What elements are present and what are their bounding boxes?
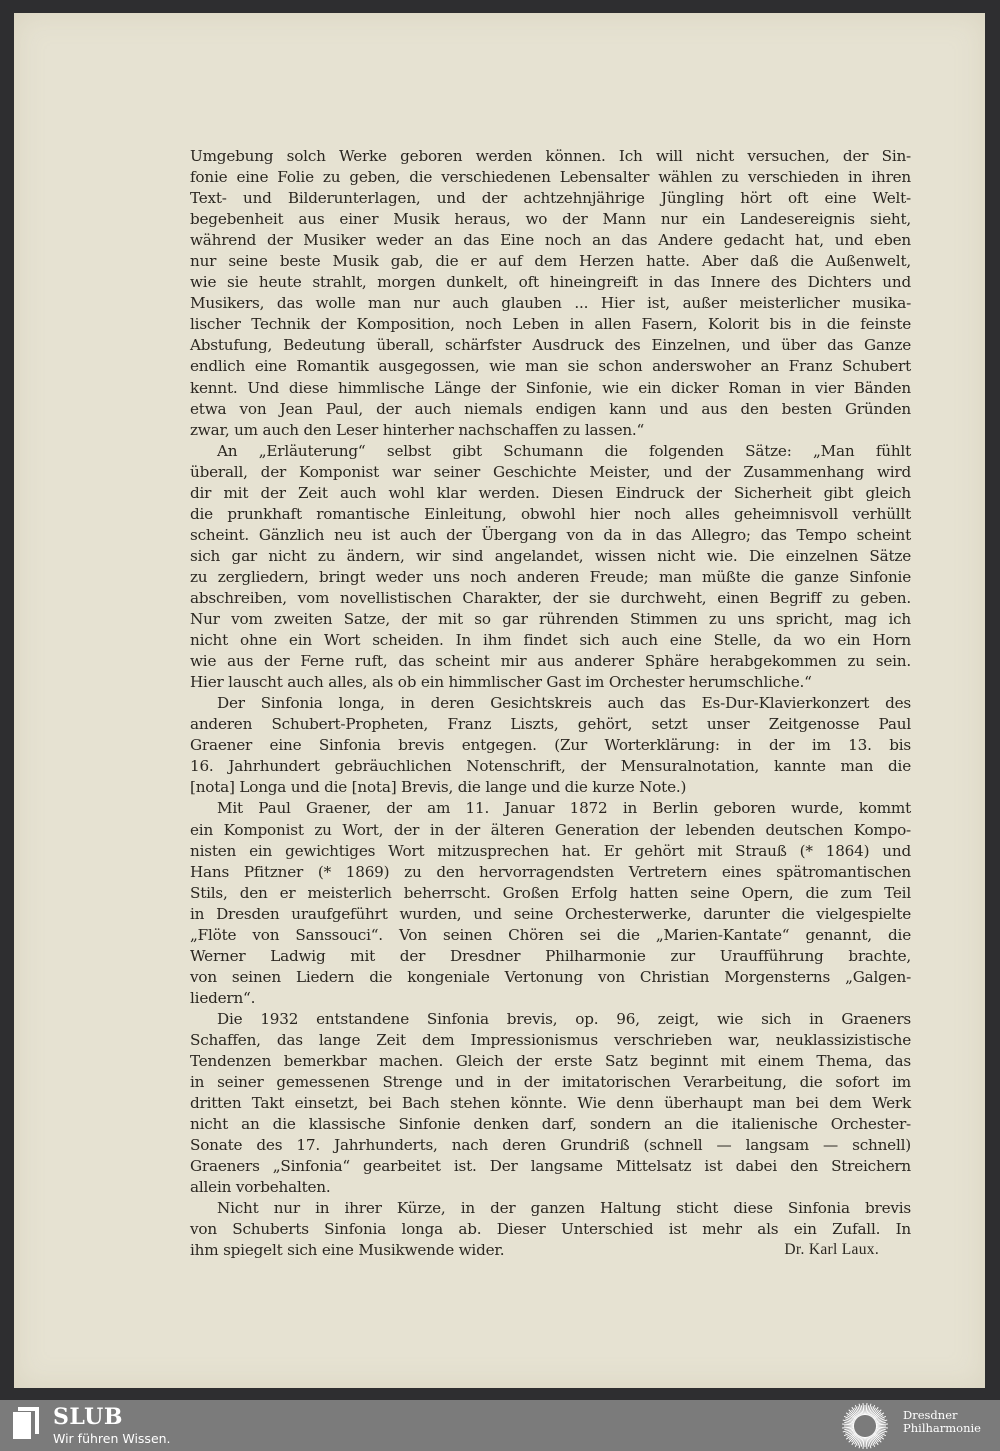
text-line: Text- und Bilderunterlagen, und der acht… <box>190 188 911 209</box>
text-line: scheint. Gänzlich neu ist auch der Überg… <box>190 525 911 546</box>
text-line: Hier lauscht auch alles, als ob ein himm… <box>190 672 911 693</box>
text-line: Graener eine Sinfonia brevis entgegen. (… <box>190 735 911 756</box>
text-line: fonie eine Folie zu geben, die verschied… <box>190 167 911 188</box>
text-line: Stils, den er meisterlich beherrscht. Gr… <box>190 883 911 904</box>
text-line: Tendenzen bemerkbar machen. Gleich der e… <box>190 1051 911 1072</box>
text-line: Die 1932 entstandene Sinfonia brevis, op… <box>190 1009 911 1030</box>
dresdner-philharmonie-brand: Dresdner Philharmonie <box>903 1409 981 1435</box>
text-line: Musikers, das wolle man nur auch glauben… <box>190 293 911 314</box>
text-line: zwar, um auch den Leser hinterher nachsc… <box>190 420 911 441</box>
text-line: Nicht nur in ihrer Kürze, in der ganzen … <box>190 1198 911 1219</box>
text-line: nicht ohne ein Wort scheiden. In ihm fin… <box>190 630 911 651</box>
slub-brand: SLUB <box>53 1404 123 1430</box>
text-line: Umgebung solch Werke geboren werden könn… <box>190 146 911 167</box>
text-line: von seinen Liedern die kongeniale Verton… <box>190 967 911 988</box>
author-signature: Dr. Karl Laux. <box>784 1241 879 1259</box>
text-line: Abstufung, Bedeutung überall, schärfster… <box>190 335 911 356</box>
text-line: sich gar nicht zu ändern, wir sind angel… <box>190 546 911 567</box>
slub-book-icon <box>13 1407 41 1439</box>
text-line: dir mit der Zeit auch wohl klar werden. … <box>190 483 911 504</box>
text-line: Schaffen, das lange Zeit dem Impressioni… <box>190 1030 911 1051</box>
text-line: endlich eine Romantik ausgegossen, wie m… <box>190 356 911 377</box>
text-line: 16. Jahrhundert gebräuchlichen Notenschr… <box>190 756 911 777</box>
text-line: allein vorbehalten. <box>190 1177 911 1198</box>
text-line: wie sie heute strahlt, morgen dunkelt, o… <box>190 272 911 293</box>
text-line: kennt. Und diese himmlische Länge der Si… <box>190 378 911 399</box>
text-line: etwa von Jean Paul, der auch niemals end… <box>190 399 911 420</box>
scanned-page: Umgebung solch Werke geboren werden könn… <box>14 13 985 1388</box>
text-line: liedern“. <box>190 988 911 1009</box>
text-line: dritten Takt einsetzt, bei Bach stehen k… <box>190 1093 911 1114</box>
footer-bar: SLUB Wir führen Wissen. Dresdner Philhar… <box>0 1400 1000 1451</box>
text-line: „Flöte von Sanssouci“. Von seinen Chören… <box>190 925 911 946</box>
text-line: Hans Pfitzner (* 1869) zu den hervorrage… <box>190 862 911 883</box>
text-line: die prunkhaft romantische Einleitung, ob… <box>190 504 911 525</box>
text-line: Mit Paul Graener, der am 11. Januar 1872… <box>190 798 911 819</box>
text-line: lischer Technik der Komposition, noch Le… <box>190 314 911 335</box>
text-line: Nur vom zweiten Satze, der mit so gar rü… <box>190 609 911 630</box>
text-line: [nota] Longa und die [nota] Brevis, die … <box>190 777 911 798</box>
text-line: von Schuberts Sinfonia longa ab. Dieser … <box>190 1219 911 1240</box>
text-line: nisten ein gewichtiges Wort mitzuspreche… <box>190 841 911 862</box>
text-line: anderen Schubert-Propheten, Franz Liszts… <box>190 714 911 735</box>
brand-line-2: Philharmonie <box>903 1422 981 1435</box>
text-line: Sonate des 17. Jahrhunderts, nach deren … <box>190 1135 911 1156</box>
text-line: in seiner gemessenen Strenge und in der … <box>190 1072 911 1093</box>
text-line: wie aus der Ferne ruft, das scheint mir … <box>190 651 911 672</box>
text-line: Werner Ladwig mit der Dresdner Philharmo… <box>190 946 911 967</box>
text-line: An „Erläuterung“ selbst gibt Schumann di… <box>190 441 911 462</box>
text-line: überall, der Komponist war seiner Geschi… <box>190 462 911 483</box>
text-line: nicht an die klassische Sinfonie denken … <box>190 1114 911 1135</box>
slub-tagline: Wir führen Wissen. <box>53 1431 171 1446</box>
text-line: Graeners „Sinfonia“ gearbeitet ist. Der … <box>190 1156 911 1177</box>
text-line: begebenheit aus einer Musik heraus, wo d… <box>190 209 911 230</box>
text-line: während der Musiker weder an das Eine no… <box>190 230 911 251</box>
text-line: ein Komponist zu Wort, der in der ältere… <box>190 820 911 841</box>
text-line: zu zergliedern, bringt weder uns noch an… <box>190 567 911 588</box>
dresdner-philharmonie-sun-icon <box>840 1403 890 1449</box>
article-body: Umgebung solch Werke geboren werden könn… <box>190 146 911 1261</box>
text-line: nur seine beste Musik gab, die er auf de… <box>190 251 911 272</box>
text-line: in Dresden uraufgeführt wurden, und sein… <box>190 904 911 925</box>
text-line: Der Sinfonia longa, in deren Gesichtskre… <box>190 693 911 714</box>
text-line: abschreiben, vom novellistischen Charakt… <box>190 588 911 609</box>
